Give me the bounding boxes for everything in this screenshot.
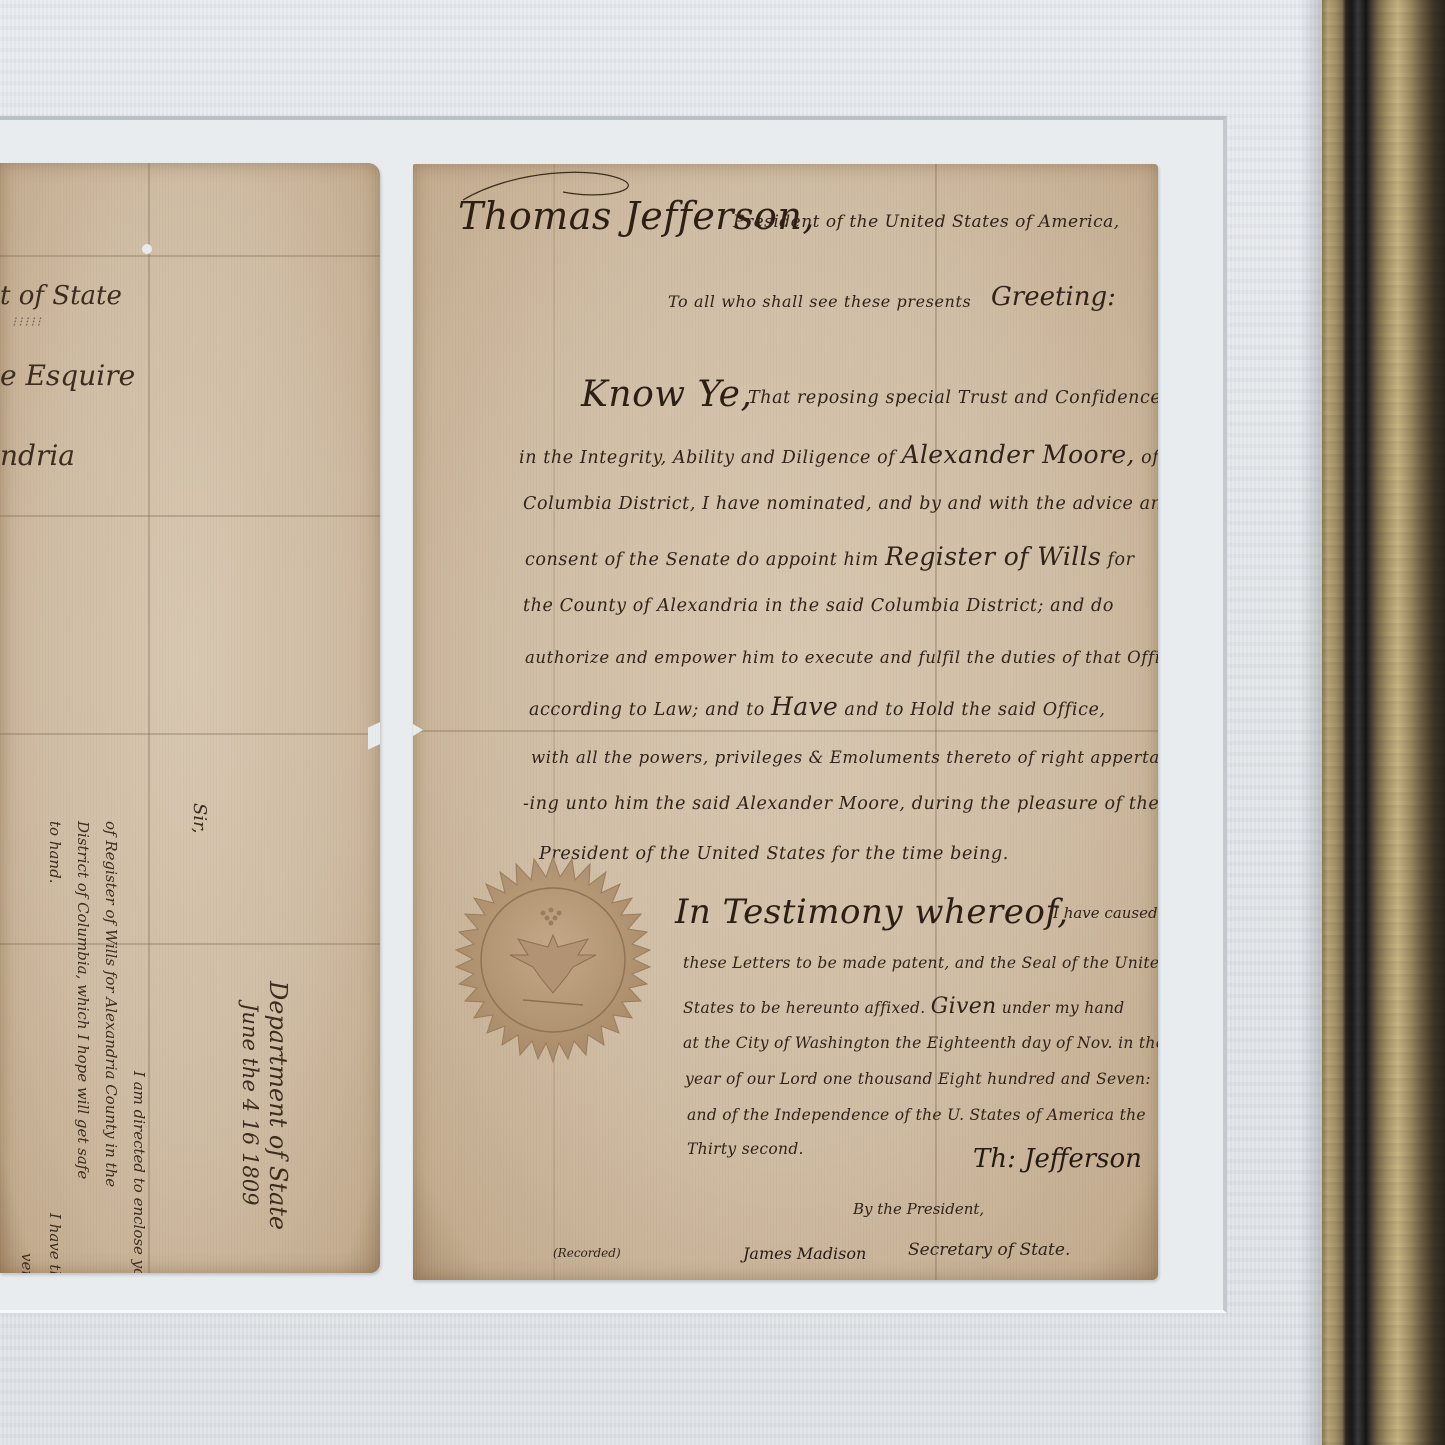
body-text: for xyxy=(1107,550,1134,570)
fold-line xyxy=(0,943,380,945)
body-line: with all the powers, privileges & Emolum… xyxy=(531,748,1158,767)
fold-line xyxy=(0,733,380,735)
letter-body-line: I am directed to enclose you a Commissio… xyxy=(130,1071,148,1273)
body-line: authorize and empower him to execute and… xyxy=(525,648,1158,667)
appointee-name: Alexander Moore, xyxy=(901,440,1134,469)
jefferson-signature: Th: Jefferson xyxy=(973,1144,1142,1174)
body-line: -ing unto him the said Alexander Moore, … xyxy=(523,794,1158,814)
recorded-note: (Recorded) xyxy=(553,1246,621,1260)
have-word: Have xyxy=(771,692,838,721)
address-line: t of State xyxy=(0,281,122,311)
body-line: That reposing special Trust and Confiden… xyxy=(748,388,1158,408)
greeting-line: To all who shall see these presents xyxy=(668,292,971,311)
body-text: States to be hereunto affixed. xyxy=(683,999,926,1017)
secretary-title: Secretary of State. xyxy=(908,1240,1070,1260)
fold-line xyxy=(0,255,380,257)
given-word: Given xyxy=(931,994,997,1019)
testimony-line: States to be hereunto affixed. Given und… xyxy=(683,994,1125,1019)
body-text: according to Law; and to xyxy=(529,700,765,720)
address-line: ndria xyxy=(0,439,75,472)
letter-body-line: of Register of Wills for Alexandria Coun… xyxy=(102,821,120,1187)
paper-tear xyxy=(413,724,423,736)
paper-hole xyxy=(142,244,152,254)
letter-body-line: to hand. xyxy=(46,821,64,883)
testimony-line: these Letters to be made patent, and the… xyxy=(683,954,1158,972)
embossed-seal-icon xyxy=(448,855,658,1065)
fold-line xyxy=(148,163,150,1273)
know-ye-heading: Know Ye, xyxy=(581,374,752,415)
flourish-icon xyxy=(453,170,653,210)
letter-body-line: District of Columbia, which I hope will … xyxy=(74,821,92,1179)
body-text: consent of the Senate do appoint him xyxy=(525,550,879,570)
body-line: in the Integrity, Ability and Diligence … xyxy=(519,440,1158,469)
body-line: the County of Alexandria in the said Col… xyxy=(523,596,1114,616)
testimony-heading-tail: I have caused xyxy=(1053,904,1158,922)
letter-body-line: very respectfully xyxy=(18,1253,36,1273)
presidential-commission: Thomas Jefferson, President of the Unite… xyxy=(413,164,1158,1280)
letter-body-line: I have the honor to be xyxy=(46,1213,64,1273)
testimony-heading: In Testimony whereof, xyxy=(675,892,1069,932)
dateline-date: June the 4 16 1809 xyxy=(238,1003,262,1206)
testimony-line: at the City of Washington the Eighteenth… xyxy=(683,1034,1158,1052)
body-text: of xyxy=(1141,448,1158,468)
paper-tear xyxy=(368,718,380,749)
by-the-president: By the President, xyxy=(853,1200,984,1218)
testimony-line: year of our Lord one thousand Eight hund… xyxy=(685,1070,1151,1088)
faint-stamp: ⁝⁝⁝⁝⁝ xyxy=(12,315,43,330)
body-text: under my hand xyxy=(1002,999,1125,1017)
fold-line xyxy=(413,730,1158,732)
fold-line xyxy=(0,515,380,517)
office-title: Register of Wills xyxy=(885,542,1101,571)
testimony-line: Thirty second. xyxy=(687,1140,804,1158)
frame-texture xyxy=(1322,0,1445,1445)
fold-line xyxy=(553,164,555,1280)
salutation: Sir, xyxy=(189,803,210,833)
body-line: according to Law; and to Have and to Hol… xyxy=(529,692,1106,721)
body-line: Columbia District, I have nominated, and… xyxy=(523,494,1158,514)
greeting-word: Greeting: xyxy=(991,282,1116,312)
body-line: consent of the Senate do appoint him Reg… xyxy=(525,542,1135,571)
body-text: and to Hold the said Office, xyxy=(844,700,1105,720)
body-text: in the Integrity, Ability and Diligence … xyxy=(519,448,895,468)
president-title: President of the United States of Americ… xyxy=(733,212,1120,232)
madison-signature: James Madison xyxy=(743,1244,866,1263)
testimony-line: and of the Independence of the U. States… xyxy=(687,1106,1146,1124)
cover-letter: t of State ⁝⁝⁝⁝⁝ e Esquire ndria Departm… xyxy=(0,163,380,1273)
dateline-department: Department of State xyxy=(264,981,292,1230)
address-line: e Esquire xyxy=(0,359,135,392)
mat-edge-shadow xyxy=(1300,0,1322,1445)
